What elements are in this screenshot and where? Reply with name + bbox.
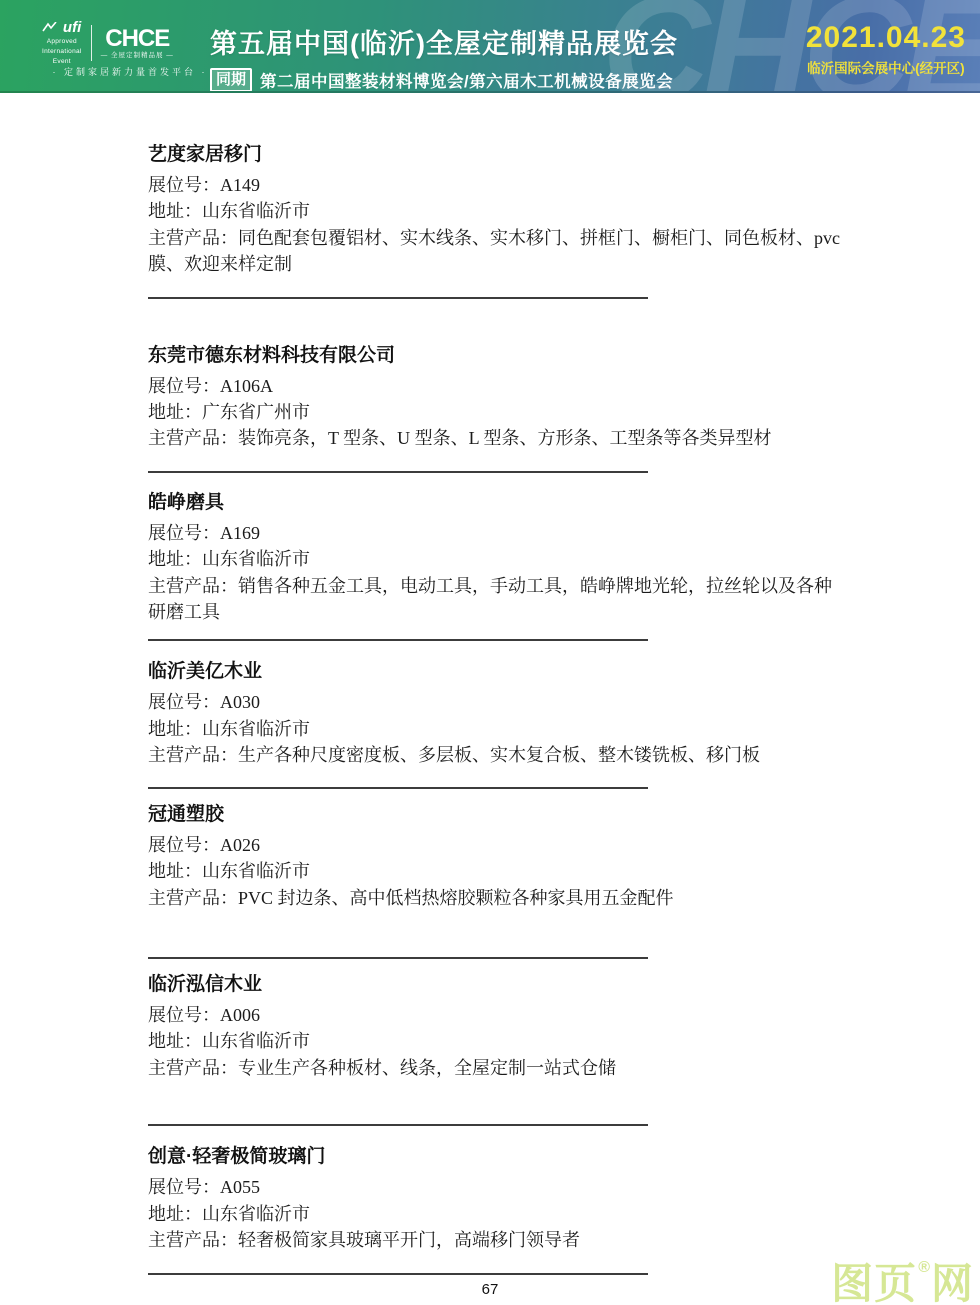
booth-line: 展位号：A149 <box>148 172 840 198</box>
exhibitor-name: 创意·轻奢极简玻璃门 <box>148 1144 840 1170</box>
products-value: 轻奢极简家具玻璃平开门，高端移门领导者 <box>238 1230 580 1250</box>
booth-label: 展位号： <box>148 1177 220 1197</box>
exhibitor-entry: 东莞市德东材料科技有限公司 展位号：A106A 地址：广东省广州市 主营产品：装… <box>148 343 840 473</box>
address-value: 山东省临沂市 <box>202 1204 310 1224</box>
exhibitor-entry: 艺度家居移门 展位号：A149 地址：山东省临沂市 主营产品：同色配套包覆铝材、… <box>148 142 840 299</box>
address-value: 山东省临沂市 <box>202 719 310 739</box>
address-line: 地址：山东省临沂市 <box>148 198 840 224</box>
ufi-logo: ufi Approved International Event <box>42 20 82 66</box>
address-label: 地址： <box>148 201 202 221</box>
logo-block: ufi Approved International Event CHCE — … <box>42 20 174 66</box>
products-line: 主营产品：销售各种五金工具，电动工具，手动工具，皓峥牌地光轮，拉丝轮以及各种研磨… <box>148 573 840 626</box>
ufi-international-line: International <box>42 48 82 56</box>
entry-divider <box>148 957 648 959</box>
booth-value: A055 <box>220 1177 260 1197</box>
event-title: 第五届中国(临沂)全屋定制精品展览会 <box>210 22 678 61</box>
address-label: 地址： <box>148 861 202 881</box>
booth-value: A169 <box>220 523 260 543</box>
products-value: 销售各种五金工具，电动工具，手动工具，皓峥牌地光轮，拉丝轮以及各种研磨工具 <box>148 576 832 622</box>
entry-divider <box>148 297 648 299</box>
ufi-approved-line: Approved <box>42 38 82 46</box>
products-line: 主营产品：生产各种尺度密度板、多层板、实木复合板、整木镂铣板、移门板 <box>148 742 840 768</box>
entry-divider <box>148 1273 648 1275</box>
booth-label: 展位号： <box>148 376 220 396</box>
booth-line: 展位号：A030 <box>148 689 840 715</box>
entry-divider <box>148 1124 648 1126</box>
address-label: 地址： <box>148 549 202 569</box>
exhibitor-name: 东莞市德东材料科技有限公司 <box>148 343 840 369</box>
booth-label: 展位号： <box>148 692 220 712</box>
site-watermark: 图页®网 <box>831 1263 974 1305</box>
address-label: 地址： <box>148 1031 202 1051</box>
products-label: 主营产品： <box>148 228 238 248</box>
booth-value: A006 <box>220 1005 260 1025</box>
booth-line: 展位号：A026 <box>148 832 840 858</box>
banner-tagline: · 定制家居新力量首发平台 · <box>42 65 218 78</box>
logo-divider <box>91 25 92 61</box>
products-label: 主营产品： <box>148 1230 238 1250</box>
address-line: 地址：山东省临沂市 <box>148 1201 840 1227</box>
products-value: 装饰亮条，T 型条、U 型条、L 型条、方形条、工型条等各类异型材 <box>238 428 772 448</box>
address-line: 地址：山东省临沂市 <box>148 716 840 742</box>
booth-label: 展位号： <box>148 1005 220 1025</box>
products-value: PVC 封边条、高中低档热熔胶颗粒各种家具用五金配件 <box>238 888 674 908</box>
event-title-block: 第五届中国(临沂)全屋定制精品展览会 同期 第二届中国整装材料博览会/第六届木工… <box>210 22 678 92</box>
address-value: 山东省临沂市 <box>202 861 310 881</box>
event-subtitle: 第二届中国整装材料博览会/第六届木工机械设备展览会 <box>260 68 673 92</box>
exhibitor-name: 临沂美亿木业 <box>148 659 840 685</box>
products-line: 主营产品：轻奢极简家具玻璃平开门，高端移门领导者 <box>148 1227 840 1253</box>
products-line: 主营产品：专业生产各种板材、线条，全屋定制一站式仓储 <box>148 1055 840 1081</box>
address-value: 广东省广州市 <box>202 402 310 422</box>
ufi-brand-text: ufi <box>63 20 81 35</box>
exhibitor-entry: 创意·轻奢极简玻璃门 展位号：A055 地址：山东省临沂市 主营产品：轻奢极简家… <box>148 1144 840 1275</box>
products-label: 主营产品： <box>148 888 238 908</box>
address-label: 地址： <box>148 719 202 739</box>
products-value: 专业生产各种板材、线条，全屋定制一站式仓储 <box>238 1058 616 1078</box>
watermark-text-right: 网 <box>931 1260 974 1305</box>
booth-value: A026 <box>220 835 260 855</box>
booth-label: 展位号： <box>148 175 220 195</box>
address-line: 地址：山东省临沂市 <box>148 546 840 572</box>
exhibitor-name: 皓峥磨具 <box>148 490 840 516</box>
address-value: 山东省临沂市 <box>202 201 310 221</box>
catalog-page: CHCE ufi Approved International Event CH… <box>0 0 980 1305</box>
products-line: 主营产品：PVC 封边条、高中低档热熔胶颗粒各种家具用五金配件 <box>148 885 840 911</box>
entry-divider <box>148 471 648 473</box>
concurrent-badge: 同期 <box>210 68 252 92</box>
products-value: 生产各种尺度密度板、多层板、实木复合板、整木镂铣板、移门板 <box>238 745 760 765</box>
chce-logo-text: CHCE <box>101 27 174 51</box>
exhibitor-list: 艺度家居移门 展位号：A149 地址：山东省临沂市 主营产品：同色配套包覆铝材、… <box>0 93 980 1275</box>
address-value: 山东省临沂市 <box>202 1031 310 1051</box>
booth-label: 展位号： <box>148 523 220 543</box>
address-label: 地址： <box>148 1204 202 1224</box>
products-line: 主营产品：装饰亮条，T 型条、U 型条、L 型条、方形条、工型条等各类异型材 <box>148 425 840 451</box>
event-banner: CHCE ufi Approved International Event CH… <box>0 0 980 93</box>
address-label: 地址： <box>148 402 202 422</box>
chce-logo-subtext: — 全屋定制精品展 — <box>101 53 174 60</box>
entry-divider <box>148 639 648 641</box>
ufi-swoosh-icon <box>42 19 62 36</box>
event-date-block: 2021.04.23 临沂国际会展中心(经开区) <box>806 22 966 77</box>
booth-value: A149 <box>220 175 260 195</box>
exhibitor-entry: 临沂泓信木业 展位号：A006 地址：山东省临沂市 主营产品：专业生产各种板材、… <box>148 972 840 1126</box>
exhibitor-entry: 冠通塑胶 展位号：A026 地址：山东省临沂市 主营产品：PVC 封边条、高中低… <box>148 802 840 959</box>
booth-line: 展位号：A006 <box>148 1002 840 1028</box>
entry-divider <box>148 787 648 789</box>
event-venue: 临沂国际会展中心(经开区) <box>806 57 966 77</box>
event-date: 2021.04.23 <box>806 22 966 54</box>
address-line: 地址：广东省广州市 <box>148 399 840 425</box>
address-line: 地址：山东省临沂市 <box>148 858 840 884</box>
products-label: 主营产品： <box>148 428 238 448</box>
chce-logo: CHCE — 全屋定制精品展 — <box>101 27 174 60</box>
booth-line: 展位号：A055 <box>148 1174 840 1200</box>
address-line: 地址：山东省临沂市 <box>148 1028 840 1054</box>
exhibitor-entry: 临沂美亿木业 展位号：A030 地址：山东省临沂市 主营产品：生产各种尺度密度板… <box>148 659 840 788</box>
address-value: 山东省临沂市 <box>202 549 310 569</box>
booth-value: A030 <box>220 692 260 712</box>
booth-label: 展位号： <box>148 835 220 855</box>
products-label: 主营产品： <box>148 1058 238 1078</box>
booth-line: 展位号：A169 <box>148 520 840 546</box>
exhibitor-entry: 皓峥磨具 展位号：A169 地址：山东省临沂市 主营产品：销售各种五金工具，电动… <box>148 490 840 642</box>
exhibitor-name: 艺度家居移门 <box>148 142 840 168</box>
booth-line: 展位号：A106A <box>148 373 840 399</box>
registered-mark-icon: ® <box>918 1259 930 1276</box>
products-label: 主营产品： <box>148 576 238 596</box>
products-line: 主营产品：同色配套包覆铝材、实木线条、实木移门、拼框门、橱柜门、同色板材、pvc… <box>148 225 840 278</box>
exhibitor-name: 冠通塑胶 <box>148 802 840 828</box>
exhibitor-name: 临沂泓信木业 <box>148 972 840 998</box>
watermark-text-left: 图页 <box>831 1260 917 1305</box>
products-label: 主营产品： <box>148 745 238 765</box>
products-value: 同色配套包覆铝材、实木线条、实木移门、拼框门、橱柜门、同色板材、pvc 膜、欢迎… <box>148 228 840 274</box>
booth-value: A106A <box>220 376 273 396</box>
